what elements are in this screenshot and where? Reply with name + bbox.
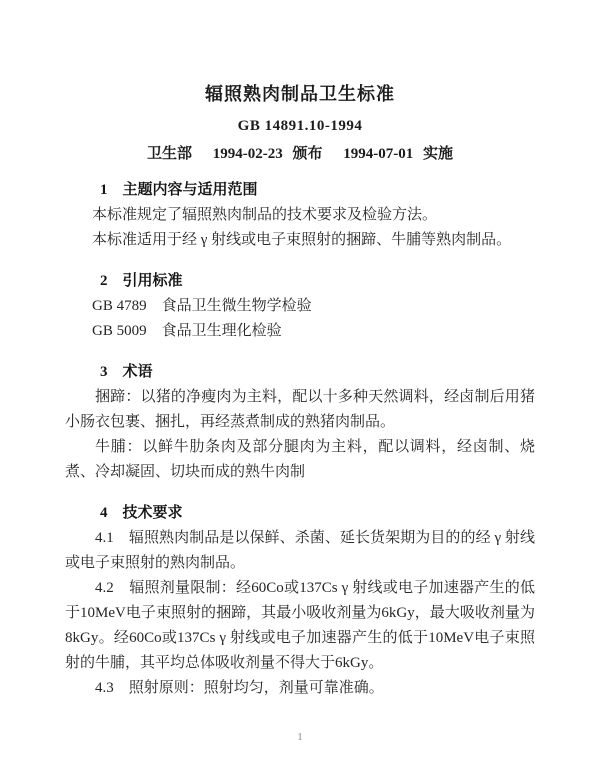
effective-label: 实施 <box>423 146 453 162</box>
document-page: 辐照熟肉制品卫生标准 GB 14891.10-1994 卫生部 1994-02-… <box>0 0 600 776</box>
paragraph: 4.2 辐照剂量限制：经60Co或137Cs γ 射线或电子加速器产生的低于10… <box>65 576 535 676</box>
issue-line: 卫生部 1994-02-23 颁布 1994-07-01 实施 <box>65 146 535 162</box>
paragraph: 4.3 照射原则：照射均匀，剂量可靠准确。 <box>65 676 535 701</box>
section: 2 引用标准GB 4789 食品卫生微生物学检验GB 5009 食品卫生理化检验 <box>65 269 535 344</box>
effective-date: 1994-07-01 <box>343 146 413 162</box>
sections: 1 主题内容与适用范围本标准规定了辐照熟肉制品的技术要求及检验方法。本标准适用于… <box>65 178 535 701</box>
promulgated-label: 颁布 <box>292 146 322 162</box>
paragraph: 本标准适用于经 γ 射线或电子束照射的捆蹄、牛脯等熟肉制品。 <box>65 228 535 253</box>
page-number: 1 <box>0 730 600 744</box>
section: 1 主题内容与适用范围本标准规定了辐照熟肉制品的技术要求及检验方法。本标准适用于… <box>65 178 535 253</box>
paragraph: 捆蹄：以猪的净瘦肉为主料，配以十多种天然调料，经卤制后用猪小肠衣包裹、捆扎，再经… <box>65 385 535 435</box>
section-heading: 1 主题内容与适用范围 <box>65 178 535 203</box>
section: 3 术语捆蹄：以猪的净瘦肉为主料，配以十多种天然调料，经卤制后用猪小肠衣包裹、捆… <box>65 360 535 485</box>
section-heading: 2 引用标准 <box>65 269 535 294</box>
paragraph: 本标准规定了辐照熟肉制品的技术要求及检验方法。 <box>65 203 535 228</box>
paragraph: 4.1 辐照熟肉制品是以保鲜、杀菌、延长货架期为目的的经 γ 射线或电子束照射的… <box>65 526 535 576</box>
document-content: 辐照熟肉制品卫生标准 GB 14891.10-1994 卫生部 1994-02-… <box>0 0 600 701</box>
section-heading: 4 技术要求 <box>65 501 535 526</box>
paragraph: 牛脯：以鲜牛肋条肉及部分腿肉为主料，配以调料，经卤制、烧煮、冷却凝固、切块而成的… <box>65 435 535 485</box>
section-heading: 3 术语 <box>65 360 535 385</box>
promulgated-date: 1994-02-23 <box>213 146 283 162</box>
document-header: 辐照熟肉制品卫生标准 GB 14891.10-1994 卫生部 1994-02-… <box>65 82 535 162</box>
paragraph: GB 5009 食品卫生理化检验 <box>65 319 535 344</box>
issuer: 卫生部 <box>147 146 192 162</box>
section: 4 技术要求4.1 辐照熟肉制品是以保鲜、杀菌、延长货架期为目的的经 γ 射线或… <box>65 501 535 701</box>
page-title: 辐照熟肉制品卫生标准 <box>65 82 535 107</box>
standard-number: GB 14891.10-1994 <box>65 118 535 134</box>
paragraph: GB 4789 食品卫生微生物学检验 <box>65 294 535 319</box>
